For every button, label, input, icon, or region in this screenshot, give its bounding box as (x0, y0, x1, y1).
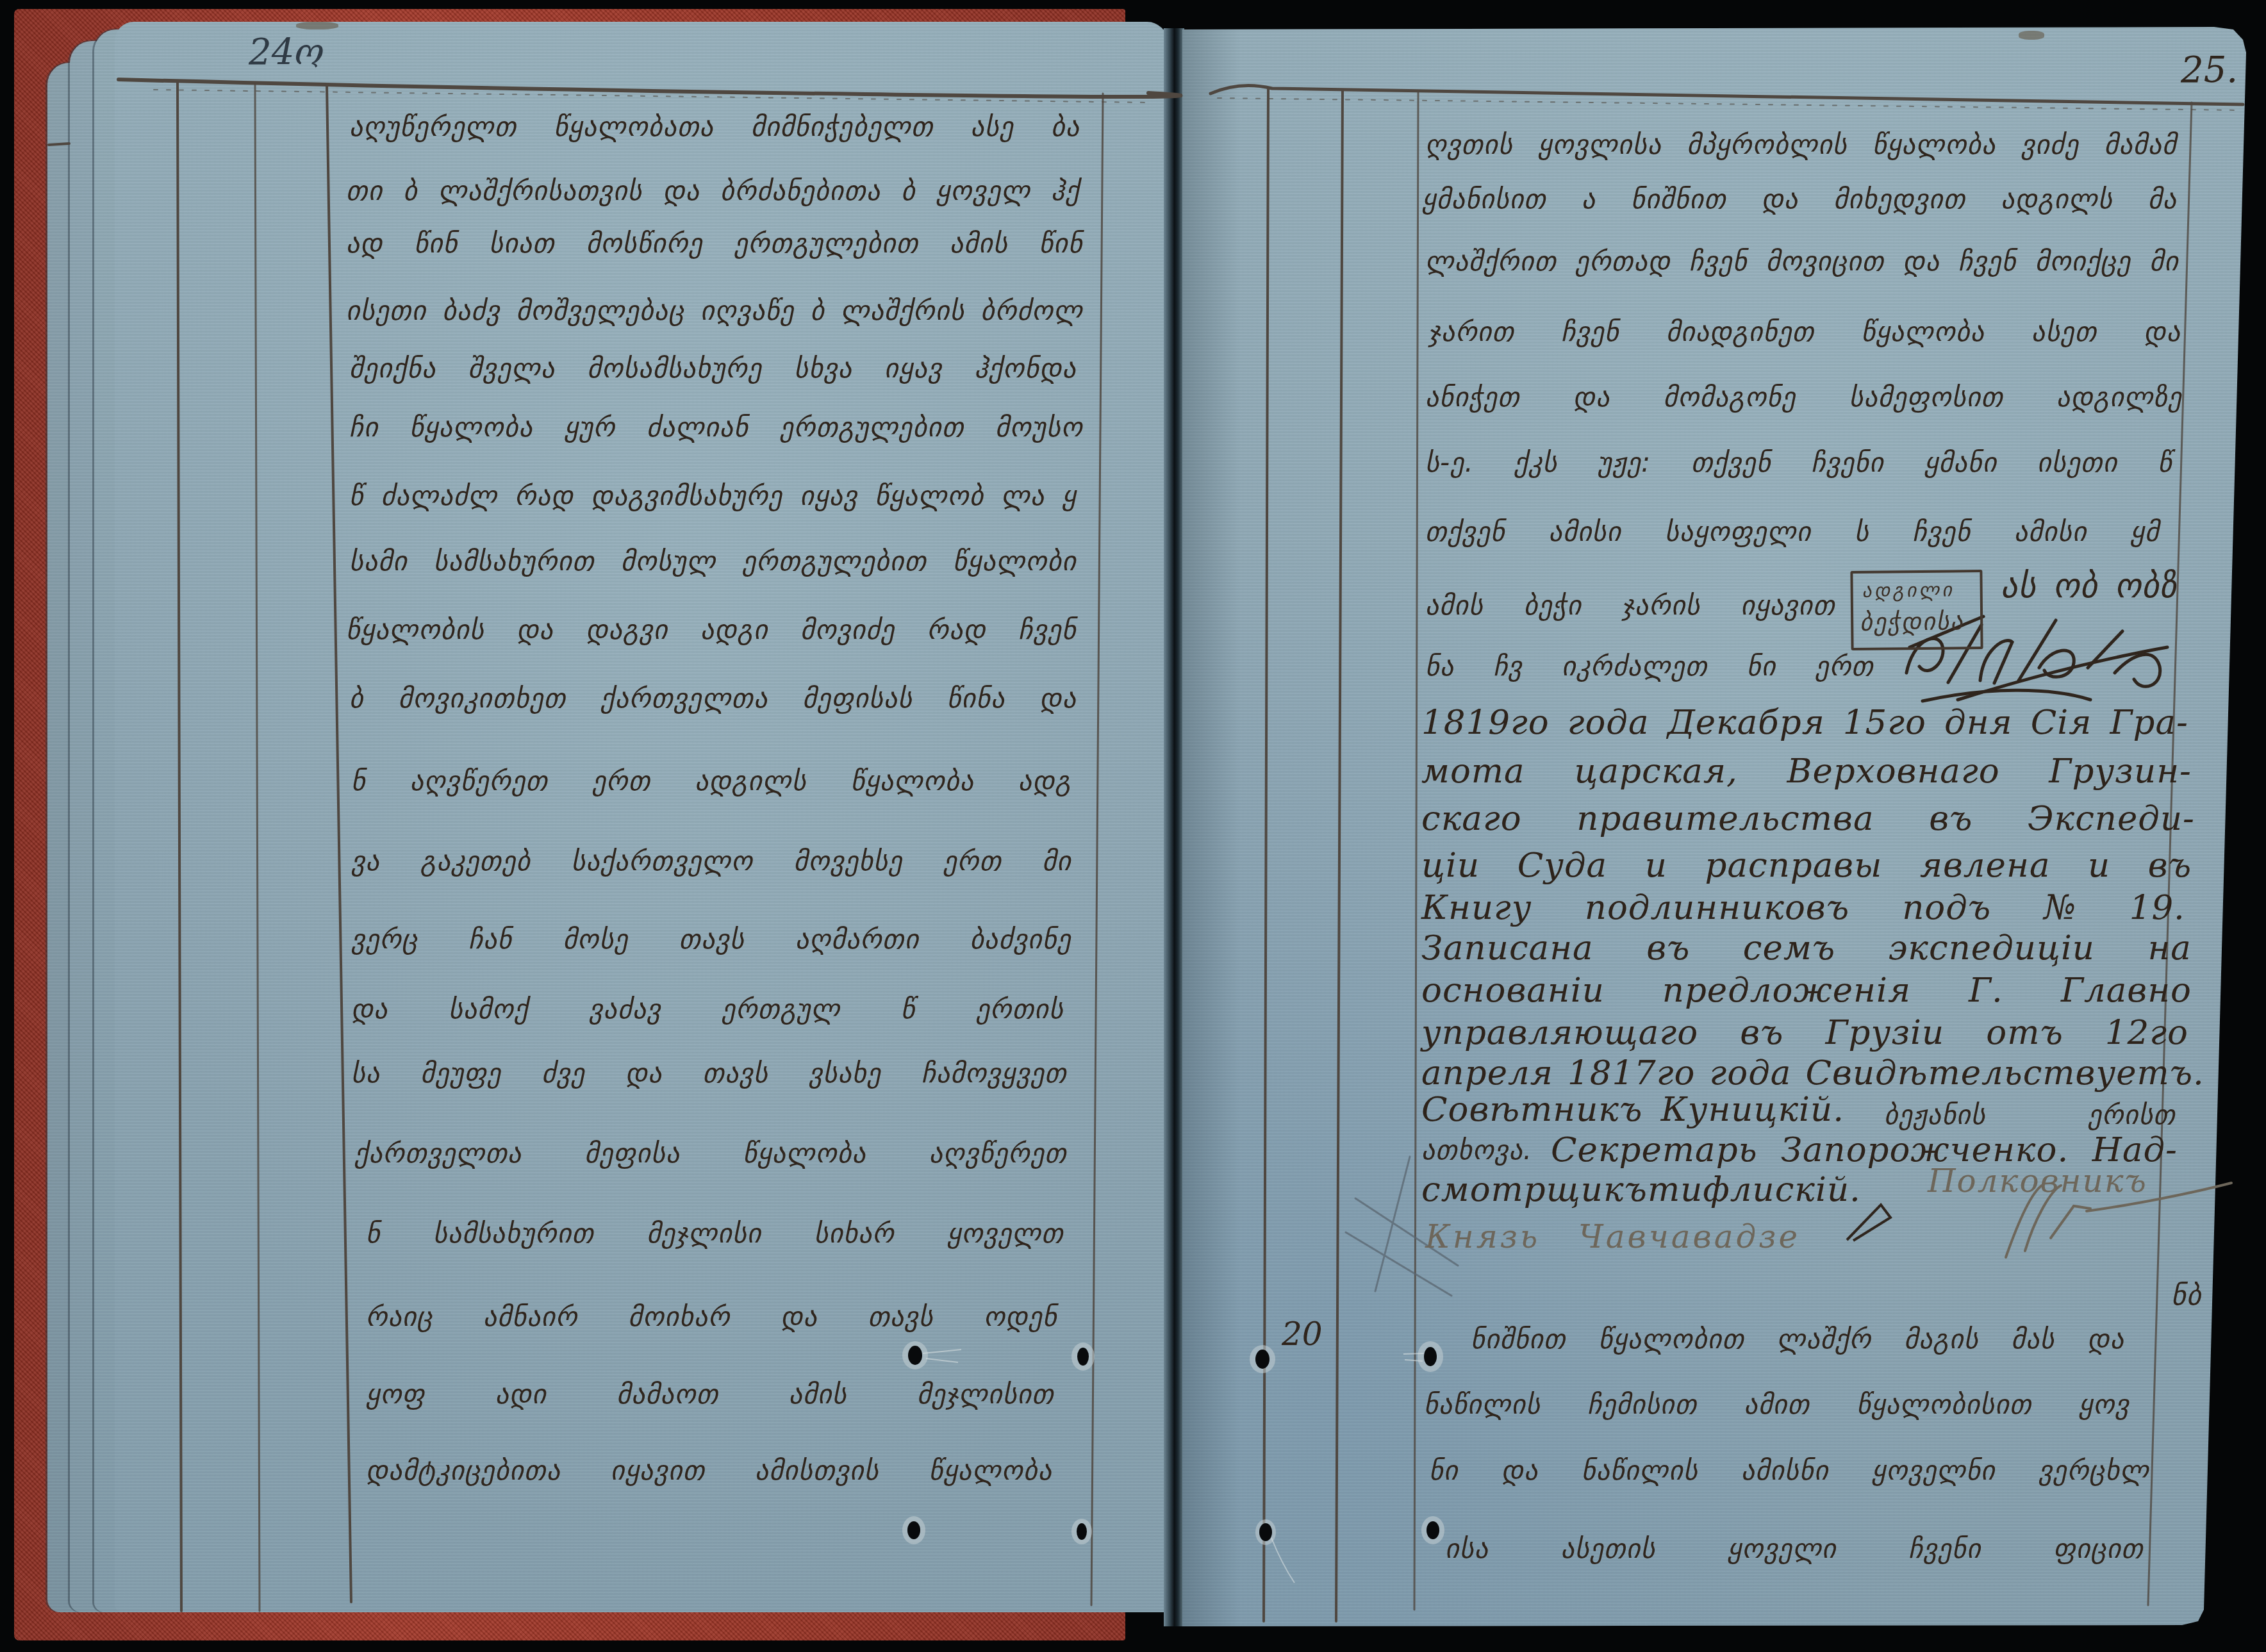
councillor-signature: СовѣтникъКуницкій. (1421, 1091, 1844, 1129)
left-text-line: ქართველთამეფისაწყალობააღვწერეთ (354, 1134, 1067, 1173)
left-text-line: შეიქნაშველამოსამსახურესხვაიყავჰქონდა (349, 349, 1077, 388)
left-text-line: ადწინსიათმოსწირეერთგულებითამისწინ (346, 224, 1083, 263)
russian-line: управляющаговъГрузіиотъ12го (1421, 1014, 2188, 1052)
right-text-line: ყმანისითანიშნითდამიხედვითადგილსმა (1422, 180, 2177, 219)
margin-note: ნბ (2171, 1276, 2202, 1315)
left-text-line: რაიცამნაირმოიხარდათავსოდენ (366, 1298, 1057, 1336)
right-text-line: ს-ე.ქკსუჟე:თქვენჩვენიყმანიისეთიწ (1425, 443, 2172, 482)
left-text-line: ისეთიბაძვმოშველებაციღვაწებლაშქრისბრძოლ (346, 292, 1083, 330)
right-text-line: თქვენამისისაყოფელისჩვენამისიყმ (1425, 513, 2160, 551)
chavchavadze-signature: Князь Чавчавадзе (1425, 1218, 1800, 1256)
right-text-line: ლაშქრითერთადჩვენმოვიცითდაჩვენმოიქცემი (1425, 242, 2179, 281)
next-entry-line: ნაწილისჩემისითამითწყალობისითყოვ (1424, 1385, 2130, 1424)
paper-stain (296, 22, 338, 29)
russian-line: Книгуподлинниковъподъ№19. (1421, 889, 2185, 927)
left-text-line: ბმოვიკითხეთქართველთამეფისასწინადა (349, 679, 1077, 718)
russian-line: скагоправительствавъЭкспеди- (1421, 800, 2195, 838)
right-text-line: ანიჭეთდამომაგონესამეფოსითადგილზე (1425, 378, 2182, 417)
russian-line: ціиСудаирасправыявленаивъ (1421, 847, 2192, 885)
right-text-line: ღვთისყოვლისამპყრობლისწყალობავიძემამამ (1425, 126, 2177, 164)
seal-placeholder-box: ადგილი ბეჭდისა (1850, 570, 1983, 650)
left-folio-number: 24ო (249, 33, 324, 72)
entry-number: 20 (1282, 1315, 1323, 1353)
next-entry-line: ისაასეთისყოველიჩვენიფიცით (1445, 1530, 2144, 1568)
seal-box-label-1: ადგილი (1862, 579, 1955, 602)
right-folio-number: 25. (2181, 51, 2238, 90)
left-text-line: სამეუფეძვედათავსვსახეჩამოვყვეთ (351, 1054, 1067, 1093)
left-text-line: სამისამსახურითმოსულერთგულებითწყალობი (349, 542, 1077, 581)
russian-line: 1819гогодаДекабря15годняСіяГра- (1421, 704, 2188, 742)
russian-line: основаніипредложеніяГ.Главно (1421, 971, 2192, 1010)
georgian-signature-part-1: ბეჟანისერისთ (1884, 1096, 2176, 1134)
book-gutter (1164, 28, 1184, 1626)
signature-line-text: ნაჩვიკრძალეთნიერთ (1425, 647, 1874, 686)
next-entry-line: ნიდანაწილისამისნიყოველნივერცხლ (1429, 1451, 2149, 1490)
right-text-line: ჯარითჩვენმიადგინეთწყალობაასეთდა (1428, 313, 2181, 351)
left-text-line: წძალაძლრადდაგვიმსახურეიყავწყალობლაყ (349, 477, 1077, 515)
russian-line: Записанавъсемъэкспедиціина (1421, 929, 2192, 968)
left-text-line: დამტკიცებითაიყავითამისთვისწყალობა (366, 1451, 1052, 1490)
left-text-line: ვერცჩანმოსეთავსაღმართიბაძვინე (351, 920, 1071, 959)
russian-line: мотацарская,ВерховнагоГрузин- (1421, 752, 2192, 791)
seal-line-text: ამისბეჭიჯარისიყავით (1425, 586, 1835, 625)
left-text-line: ვაგაკეთებსაქართველომოვეხსეერთმი (351, 842, 1071, 880)
overseer-line: смотрщикътифлискій. (1421, 1171, 1838, 1209)
left-text-line: თიბლაშქრისათვისდაბრძანებითაბყოველჰქ (346, 172, 1080, 210)
georgian-signature-part-2: ათხოვა. (1421, 1131, 1540, 1169)
left-text-line: წყალობისდადაგვიადგიმოვიძერადჩვენ (346, 611, 1077, 649)
left-text-line: ნაღვწერეთერთადგილსწყალობაადგ (351, 762, 1071, 800)
paper-stain (2019, 31, 2044, 40)
left-text-line: ყოფადიმამაოთამისმეჯლისით (366, 1375, 1054, 1414)
left-text-line: აღუწერელთწყალობათამიმნიჭებელთასება (349, 108, 1080, 146)
rank-signature: Полковникъ (1928, 1162, 2147, 1200)
left-text-line: ნსამსახურითმეჯლისისიხარყოველთ (366, 1214, 1064, 1253)
next-entry-line: ნიშნითწყალობითლაშქრმაგისმასდა (1471, 1320, 2124, 1359)
text-after-seal: ასობობზ (2001, 567, 2177, 606)
left-text-line: ჩიწყალობაყურძალიანერთგულებითმოუსო (349, 408, 1083, 447)
russian-line: апреля1817гогодаСвидѣтельствуетъ. (1421, 1054, 2204, 1093)
seal-box-label-2: ბეჭდისა (1860, 607, 1964, 636)
left-text-line: დასამოქვაძავერთგულწერთის (351, 990, 1064, 1028)
